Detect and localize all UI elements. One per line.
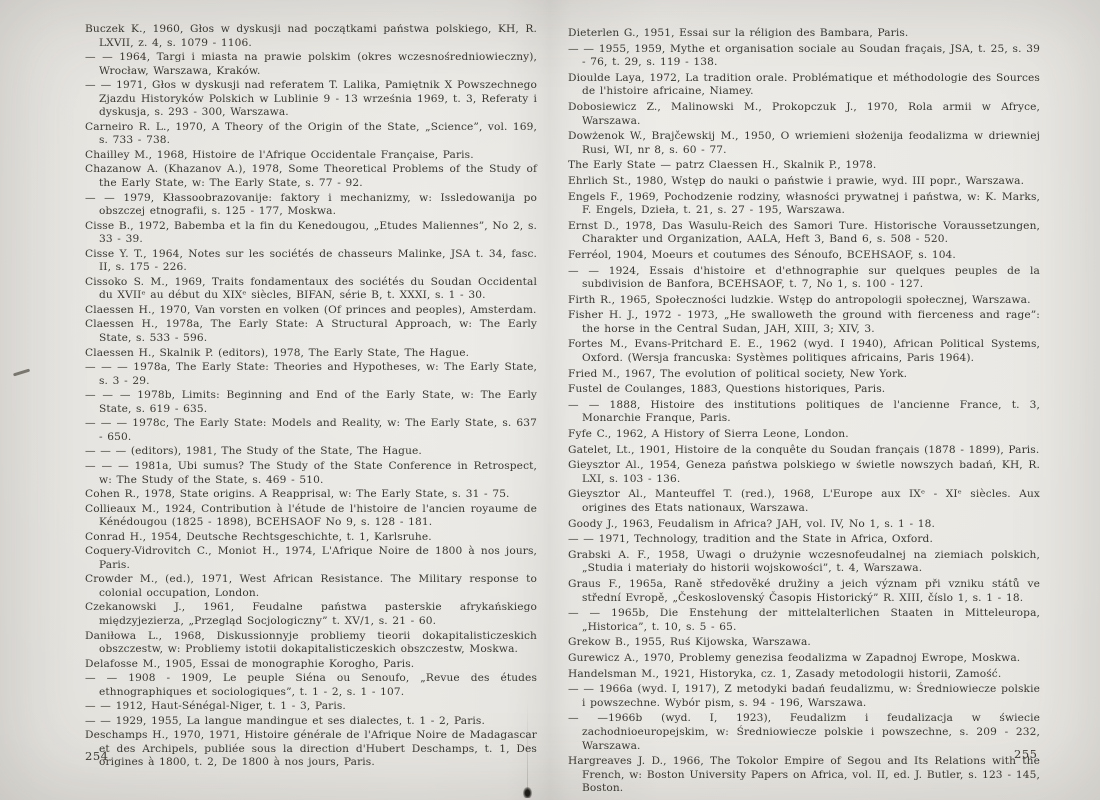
bibliography-entry: Cissoko S. M., 1969, Traits fondamentaux… <box>85 276 537 303</box>
bibliography-entry: Fyfe C., 1962, A History of Sierra Leone… <box>568 428 1040 442</box>
spine-crease <box>527 700 528 790</box>
bibliography-entry: Claessen H., Skalnik P. (editors), 1978,… <box>85 347 537 361</box>
bibliography-entry: Handelsman M., 1921, Historyka, cz. 1, Z… <box>568 668 1040 682</box>
bibliography-entry: Gieysztor Al., 1954, Geneza państwa pols… <box>568 459 1040 486</box>
bibliography-entry: — — — 1978b, Limits: Beginning and End o… <box>85 389 537 416</box>
bibliography-entry: — — 1955, 1959, Mythe et organisation so… <box>568 43 1040 70</box>
bibliography-entry: Deschamps H., 1970, 1971, Histoire génér… <box>85 729 537 770</box>
bibliography-entry: — — 1924, Essais d'histoire et d'ethnogr… <box>568 265 1040 292</box>
ink-blot-artifact <box>523 787 532 798</box>
bibliography-entry: Crowder M., (ed.), 1971, West African Re… <box>85 573 537 600</box>
bibliography-entry: Fried M., 1967, The evolution of politic… <box>568 368 1040 382</box>
bibliography-entry: — — 1965b, Die Enstehung der mittelalter… <box>568 607 1040 634</box>
bibliography-entry: Hargreaves J. D., 1966, The Tokolor Empi… <box>568 755 1040 796</box>
bibliography-entry: Coquery-Vidrovitch C., Moniot H., 1974, … <box>85 545 537 572</box>
bibliography-entry: — — — 1978a, The Early State: Theories a… <box>85 361 537 388</box>
bibliography-entry: Delafosse M., 1905, Essai de monographie… <box>85 658 537 672</box>
bibliography-entry: The Early State — patrz Claessen H., Ska… <box>568 159 1040 173</box>
bibliography-entry: Firth R., 1965, Społeczności ludzkie. Ws… <box>568 294 1040 308</box>
bibliography-entry: Cisse Y. T., 1964, Notes sur les société… <box>85 248 537 275</box>
bibliography-entry: Dieterlen G., 1951, Essai sur la réligio… <box>568 27 1040 41</box>
bibliography-entry: — — — 1978c, The Early State: Models and… <box>85 417 537 444</box>
bibliography-entry: — — — 1981a, Ubi sumus? The Study of the… <box>85 460 537 487</box>
bibliography-page-right: Dieterlen G., 1951, Essai sur la réligio… <box>568 27 1040 798</box>
bibliography-entry: Conrad H., 1954, Deutsche Rechtsgeschich… <box>85 531 537 545</box>
bibliography-entry: Collieaux M., 1924, Contribution à l'étu… <box>85 503 537 530</box>
bibliography-entry: Dioulde Laya, 1972, La tradition orale. … <box>568 72 1040 99</box>
bibliography-entry: — — 1912, Haut-Sénégal-Niger, t. 1 - 3, … <box>85 700 537 714</box>
page-number-right: 255 <box>1014 747 1037 761</box>
bibliography-entry: Claessen H., 1978a, The Early State: A S… <box>85 318 537 345</box>
bibliography-entry: Cisse B., 1972, Babemba et la fin du Ken… <box>85 220 537 247</box>
bibliography-entry: Chazanow A. (Khazanov A.), 1978, Some Th… <box>85 163 537 190</box>
bibliography-entry: — — 1888, Histoire des institutions poli… <box>568 399 1040 426</box>
bibliography-entry: — — — (editors), 1981, The Study of the … <box>85 445 537 459</box>
bibliography-entry: Chailley M., 1968, Histoire de l'Afrique… <box>85 149 537 163</box>
bibliography-entry: — — 1979, Kłassoobrazovanije: faktory i … <box>85 192 537 219</box>
bibliography-entry: Grekow B., 1955, Ruś Kijowska, Warszawa. <box>568 636 1040 650</box>
bibliography-entry: Carneiro R. L., 1970, A Theory of the Or… <box>85 121 537 148</box>
bibliography-entry: Buczek K., 1960, Głos w dyskusji nad poc… <box>85 23 537 50</box>
bibliography-entry: Dobosiewicz Z., Malinowski M., Prokopczu… <box>568 101 1040 128</box>
bibliography-entry: Grabski A. F., 1958, Uwagi o drużynie wc… <box>568 549 1040 576</box>
bibliography-entry: Cohen R., 1978, State origins. A Reappri… <box>85 488 537 502</box>
bibliography-entry: Fustel de Coulanges, 1883, Questions his… <box>568 383 1040 397</box>
bibliography-entry: — — 1966a (wyd. I, 1917), Z metodyki bad… <box>568 683 1040 710</box>
bibliography-entry: Dowżenok W., Brajčewskij M., 1950, O wri… <box>568 130 1040 157</box>
bibliography-page-left: Buczek K., 1960, Głos w dyskusji nad poc… <box>85 23 537 771</box>
bibliography-entry: — — 1964, Targi i miasta na prawie polsk… <box>85 51 537 78</box>
bibliography-entry: — — 1908 - 1909, Le peuple Siéna ou Seno… <box>85 672 537 699</box>
bibliography-entry: Engels F., 1969, Pochodzenie rodziny, wł… <box>568 191 1040 218</box>
bibliography-entry: — — 1971, Głos w dyskusji nad referatem … <box>85 79 537 120</box>
bibliography-entry: Gieysztor Al., Manteuffel T. (red.), 196… <box>568 488 1040 515</box>
bibliography-entry: — — 1971, Technology, tradition and the … <box>568 533 1040 547</box>
bibliography-entry: Ehrlich St., 1980, Wstęp do nauki o pańs… <box>568 175 1040 189</box>
pen-mark-artifact <box>13 369 30 376</box>
bibliography-entry: — — 1929, 1955, La langue mandingue et s… <box>85 715 537 729</box>
bibliography-entry: Claessen H., 1970, Van vorsten en volken… <box>85 304 537 318</box>
bibliography-entry: Gatelet, Lt., 1901, Histoire de la conqu… <box>568 444 1040 458</box>
bibliography-entry: Czekanowski J., 1961, Feudalne państwa p… <box>85 601 537 628</box>
bibliography-entry: Gurewicz A., 1970, Problemy genezisa feo… <box>568 652 1040 666</box>
bibliography-entry: Fisher H. J., 1972 - 1973, „He swallowet… <box>568 309 1040 336</box>
bibliography-entry: — —1966b (wyd. I, 1923), Feudalizm i feu… <box>568 712 1040 753</box>
bibliography-entry: Goody J., 1963, Feudalism in Africa? JAH… <box>568 518 1040 532</box>
bibliography-entry: Graus F., 1965a, Raně středověké družiny… <box>568 578 1040 605</box>
bibliography-entry: Ernst D., 1978, Das Wasulu-Reich des Sam… <box>568 220 1040 247</box>
bibliography-entry: Daniłowa L., 1968, Diskussionnyje probli… <box>85 630 537 657</box>
book-scan-spread: { "colors": { "paper": "#e8e6e1", "ink":… <box>0 0 1100 800</box>
bibliography-entry: Ferréol, 1904, Moeurs et coutumes des Sé… <box>568 249 1040 263</box>
page-number-left: 254 <box>85 749 108 763</box>
bibliography-entry: Fortes M., Evans-Pritchard E. E., 1962 (… <box>568 338 1040 365</box>
